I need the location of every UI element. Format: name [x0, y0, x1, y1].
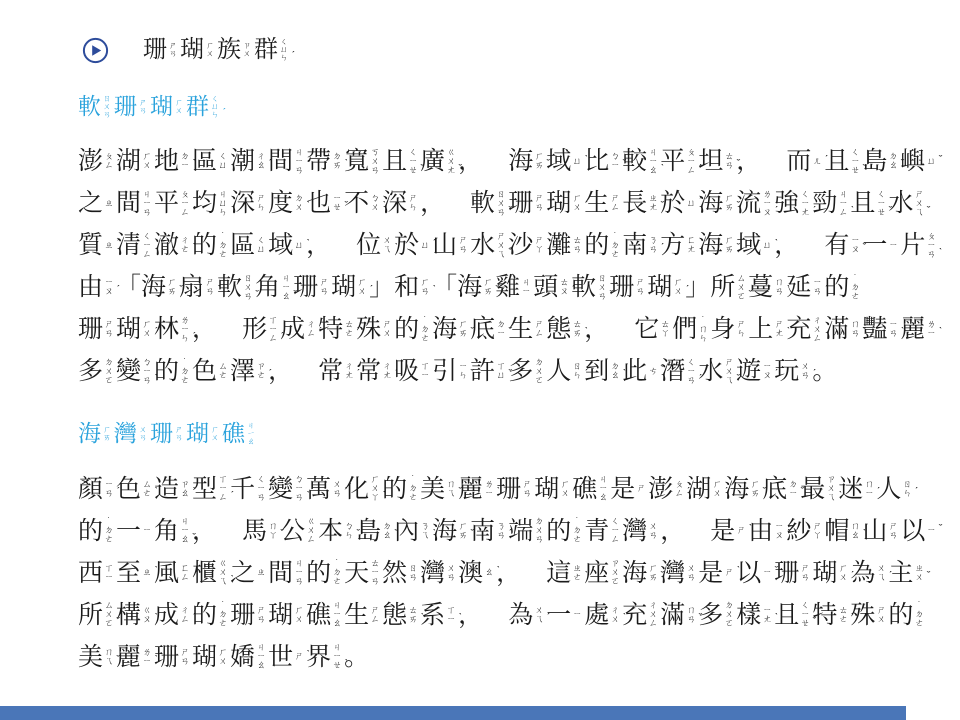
punctuation: [217, 516, 242, 546]
zhuyin-annotation: ㄕˋ: [724, 568, 734, 577]
zhuyin-annotation: ㄏㄞˇ: [102, 426, 112, 442]
char-with-zhuyin: 深ㄕㄣ: [382, 188, 418, 218]
char-with-zhuyin: 許ㄒㄩˇ: [470, 356, 506, 386]
char-with-zhuyin: 海ㄏㄞˇ: [698, 188, 734, 218]
char-with-zhuyin: 南ㄋㄢˊ: [622, 230, 658, 260]
char-with-zhuyin: 風ㄈㄥ: [154, 558, 190, 588]
char-with-zhuyin: 態ㄊㄞˋ: [382, 600, 418, 630]
zhuyin-annotation: ㄑㄧㄥ: [142, 232, 152, 259]
char-with-zhuyin: 的˙ㄉㄜ: [584, 230, 620, 260]
text-line: 的˙ㄉㄜ一ㄧ角ㄐㄧㄠˇ， 馬ㄇㄚˇ公ㄍㄨㄥ本ㄅㄣˇ島ㄉㄠˇ內ㄋㄟˋ海ㄏㄞˇ南ㄋㄢ…: [78, 510, 960, 552]
char-with-zhuyin: 且ㄑㄧㄝˇ: [774, 600, 810, 630]
zhuyin-annotation: ㄏㄞˇ: [724, 194, 734, 212]
zhuyin-annotation: ㄖㄨㄢˇ: [597, 274, 607, 301]
zhuyin-annotation: ㄕㄢ: [458, 236, 468, 254]
char-with-zhuyin: 它ㄊㄚ: [634, 314, 670, 344]
char-with-zhuyin: 之ㄓ: [230, 558, 266, 588]
punctuation: [483, 600, 508, 630]
char-with-zhuyin: 此ㄘˇ: [622, 356, 658, 386]
zhuyin-annotation: ㄒㄧㄥˊ: [268, 316, 278, 343]
char-with-zhuyin: 灣ㄨㄢ: [114, 420, 148, 448]
char-with-zhuyin: 色ㄙㄜˋ: [116, 474, 152, 504]
char-with-zhuyin: 澈ㄔㄜˋ: [154, 230, 190, 260]
zhuyin-annotation: ㄗㄨˊ: [242, 42, 252, 58]
punctuation: [293, 356, 318, 386]
zhuyin-annotation: ㄑㄧㄢ: [256, 475, 266, 502]
char-with-zhuyin: 均ㄐㄩㄣ: [192, 188, 228, 218]
char-with-zhuyin: 瑚ㄏㄨˊ: [647, 272, 683, 302]
zhuyin-annotation: ㄊㄢ: [572, 236, 582, 254]
zhuyin-annotation: ㄉㄨㄛ: [724, 601, 734, 628]
char-with-zhuyin: 豔ㄧㄢˋ: [862, 314, 898, 344]
char-with-zhuyin: 南ㄋㄢˊ: [470, 516, 506, 546]
zhuyin-annotation: ㄕㄨㄟˇ: [724, 358, 734, 385]
zhuyin-annotation: ㄓㄨˇ: [914, 564, 924, 582]
char-with-zhuyin: 軟ㄖㄨㄢˇ: [78, 93, 112, 121]
char-with-zhuyin: 一ㄧ: [546, 600, 582, 630]
zhuyin-annotation: ㄕㄢˋ: [205, 278, 215, 296]
zhuyin-annotation: ㄧㄢˊ: [812, 278, 822, 296]
zhuyin-annotation: ㄧ: [888, 241, 898, 250]
text-line: 珊ㄕㄢ瑚ㄏㄨˊ林ㄌㄧㄣˊ， 形ㄒㄧㄥˊ成ㄔㄥˊ特ㄊㄜˋ殊ㄕㄨ的˙ㄉㄜ海ㄏㄞˇ底ㄉ…: [78, 308, 960, 350]
char-with-zhuyin: 充ㄔㄨㄥ: [786, 314, 822, 344]
char-with-zhuyin: 長ㄓㄤˇ: [622, 188, 658, 218]
zhuyin-annotation: ㄨㄟˋ: [382, 236, 392, 254]
zhuyin-annotation: ㄓ: [256, 568, 266, 577]
char-with-zhuyin: 特ㄊㄜˋ: [812, 600, 848, 630]
zhuyin-annotation: ㄧㄡˇ: [850, 236, 860, 254]
char-with-zhuyin: 主ㄓㄨˇ: [888, 558, 924, 588]
zhuyin-annotation: ˙ㄉㄜ: [850, 274, 860, 301]
zhuyin-annotation: ㄇㄟˇ: [446, 480, 456, 498]
char-with-zhuyin: 位ㄨㄟˋ: [356, 230, 392, 260]
char-with-zhuyin: 海ㄏㄞˇ: [622, 558, 658, 588]
zhuyin-annotation: ㄕㄥ: [610, 194, 620, 212]
zhuyin-annotation: ㄖㄨㄢˇ: [102, 95, 112, 119]
zhuyin-annotation: ㄕㄣ: [408, 194, 418, 212]
zhuyin-annotation: ㄉㄨˋ: [294, 194, 304, 212]
punctuation: ，: [660, 516, 685, 546]
zhuyin-annotation: ˙ㄉㄜ: [104, 517, 114, 544]
zhuyin-annotation: ㄈㄥ: [180, 564, 190, 582]
char-with-zhuyin: 蔓ㄇㄢˋ: [748, 272, 784, 302]
zhuyin-annotation: ㄌㄧˋ: [484, 480, 494, 498]
zhuyin-annotation: ㄉㄠˇ: [888, 152, 898, 170]
zhuyin-annotation: ㄗㄨㄛˋ: [610, 559, 620, 586]
zhuyin-annotation: ㄐㄩㄣ: [218, 190, 228, 217]
punctuation: ，: [420, 188, 445, 218]
char-with-zhuyin: 們˙ㄇㄣ: [672, 314, 708, 344]
char-with-zhuyin: 灣ㄨㄢ: [660, 558, 696, 588]
char-with-zhuyin: 灘ㄊㄢ: [546, 230, 582, 260]
zhuyin-annotation: ㄏㄞˇ: [458, 522, 468, 540]
char-with-zhuyin: 千ㄑㄧㄢ: [230, 474, 266, 504]
char-with-zhuyin: 灣ㄨㄢ: [420, 558, 456, 588]
zhuyin-annotation: ㄩˊ: [686, 199, 696, 208]
zhuyin-annotation: ㄏㄨˊ: [712, 480, 722, 498]
zhuyin-annotation: ㄉㄧˋ: [180, 152, 190, 170]
char-with-zhuyin: 澤ㄗㄜˊ: [230, 356, 266, 386]
text-line: 美ㄇㄟˇ麗ㄌㄧˋ珊ㄕㄢ瑚ㄏㄨˊ嬌ㄐㄧㄠ世ㄕˋ界ㄐㄧㄝˋ。: [78, 636, 960, 678]
zhuyin-annotation: ˙ㄉㄜ: [332, 559, 342, 586]
char-with-zhuyin: 山ㄕㄢ: [432, 230, 468, 260]
zhuyin-annotation: ㄨㄢ: [648, 522, 658, 540]
zhuyin-annotation: ㄆㄥˊ: [104, 152, 114, 170]
char-with-zhuyin: 角ㄐㄧㄠˇ: [154, 516, 190, 546]
char-with-zhuyin: 珊ㄕㄢ: [774, 558, 810, 588]
zhuyin-annotation: ㄅㄣˇ: [344, 522, 354, 540]
zhuyin-annotation: ㄌㄧㄣˊ: [180, 316, 190, 343]
char-with-zhuyin: 紗ㄕㄚ: [786, 516, 822, 546]
zhuyin-annotation: ㄕㄨㄟˇ: [914, 190, 924, 217]
char-with-zhuyin: 成ㄔㄥˊ: [154, 600, 190, 630]
char-with-zhuyin: 潮ㄔㄠˊ: [230, 146, 266, 176]
zhuyin-annotation: ㄔㄠˊ: [256, 152, 266, 170]
zhuyin-annotation: ㄆㄧㄥˊ: [180, 190, 190, 217]
zhuyin-annotation: ㄒㄧ: [104, 564, 114, 582]
zhuyin-annotation: ㄑㄧㄝˇ: [408, 148, 418, 175]
char-with-zhuyin: 珊ㄕㄢ: [609, 272, 645, 302]
section-heading-bay-coral-reef: 海ㄏㄞˇ灣ㄨㄢ珊ㄕㄢ瑚ㄏㄨˊ礁ㄐㄧㄠ: [78, 420, 960, 448]
zhuyin-annotation: ˙ㄉㄜ: [572, 517, 582, 544]
char-with-zhuyin: 座ㄗㄨㄛˋ: [584, 558, 620, 588]
char-with-zhuyin: 本ㄅㄣˇ: [318, 516, 354, 546]
zhuyin-annotation: ㄦˊ: [812, 157, 822, 166]
title-row: 珊ㄕㄢ瑚ㄏㄨˊ族ㄗㄨˊ群ㄑㄩㄣˊ: [0, 0, 960, 65]
zhuyin-annotation: ㄩˋ: [762, 241, 772, 250]
zhuyin-annotation: ㄑㄧㄢˊ: [686, 358, 696, 385]
char-with-zhuyin: 迷ㄇㄧˊ: [838, 474, 874, 504]
char-with-zhuyin: 常ㄔㄤˊ: [356, 356, 392, 386]
zhuyin-annotation: ㄊㄜˋ: [344, 320, 354, 338]
zhuyin-annotation: ㄙㄨㄛˇ: [736, 274, 746, 301]
zhuyin-annotation: ㄕㄢ: [256, 606, 266, 624]
zhuyin-annotation: ㄔㄜˋ: [180, 236, 190, 254]
char-with-zhuyin: 化ㄏㄨㄚˋ: [344, 474, 380, 504]
char-with-zhuyin: 界ㄐㄧㄝˋ: [306, 642, 342, 672]
zhuyin-annotation: ㄊㄞˋ: [408, 606, 418, 624]
zhuyin-annotation: ㄇㄢˇ: [686, 606, 696, 624]
zhuyin-annotation: ㄑㄩ: [256, 236, 266, 254]
zhuyin-annotation: ㄆㄧㄥˊ: [686, 148, 696, 175]
char-with-zhuyin: 平ㄆㄧㄥˊ: [154, 188, 190, 218]
char-with-zhuyin: 沙ㄕㄚ: [508, 230, 544, 260]
zhuyin-annotation: ㄉㄧˇ: [788, 480, 798, 498]
char-with-zhuyin: 海ㄏㄞˇ: [457, 272, 493, 302]
char-with-zhuyin: 且ㄑㄧㄝˇ: [850, 188, 886, 218]
char-with-zhuyin: 間ㄐㄧㄢ: [268, 558, 304, 588]
char-with-zhuyin: 較ㄐㄧㄠˋ: [622, 146, 658, 176]
char-with-zhuyin: 海ㄏㄞˇ: [508, 146, 544, 176]
zhuyin-annotation: ㄔㄥˊ: [180, 606, 190, 624]
char-with-zhuyin: 域ㄩˋ: [268, 230, 304, 260]
char-with-zhuyin: 清ㄑㄧㄥ: [116, 230, 152, 260]
char-with-zhuyin: 以ㄧˇ: [900, 516, 936, 546]
zhuyin-annotation: ㄗㄨㄟˋ: [826, 475, 836, 502]
char-with-zhuyin: 萬ㄨㄢˋ: [306, 474, 342, 504]
zhuyin-annotation: ㄕㄥ: [370, 606, 380, 624]
char-with-zhuyin: 多ㄉㄨㄛ: [78, 356, 114, 386]
char-with-zhuyin: 多ㄉㄨㄛ: [698, 600, 734, 630]
text-line: 多ㄉㄨㄛ變ㄅㄧㄢˋ的˙ㄉㄜ色ㄙㄜˋ澤ㄗㄜˊ， 常ㄔㄤˊ常ㄔㄤˊ吸ㄒㄧ引ㄧㄣˇ許ㄒ…: [78, 350, 960, 392]
char-with-zhuyin: 珊ㄕㄢ: [508, 188, 544, 218]
char-with-zhuyin: 軟ㄖㄨㄢˇ: [217, 272, 253, 302]
char-with-zhuyin: 至ㄓˋ: [116, 558, 152, 588]
char-with-zhuyin: 多ㄉㄨㄛ: [508, 356, 544, 386]
zhuyin-annotation: ㄕㄥ: [534, 320, 544, 338]
zhuyin-annotation: ㄉㄨㄛ: [534, 358, 544, 385]
char-with-zhuyin: 海ㄏㄞˇ: [78, 420, 112, 448]
char-with-zhuyin: 瑚ㄏㄨˊ: [150, 93, 184, 121]
char-with-zhuyin: 的˙ㄉㄜ: [888, 600, 924, 630]
play-icon[interactable]: [82, 37, 109, 64]
document-page: 珊ㄕㄢ瑚ㄏㄨˊ族ㄗㄨˊ群ㄑㄩㄣˊ 軟ㄖㄨㄢˇ珊ㄕㄢ瑚ㄏㄨˊ群ㄑㄩㄣˊ 澎ㄆㄥˊ湖…: [0, 0, 960, 678]
char-with-zhuyin: 天ㄊㄧㄢ: [344, 558, 380, 588]
zhuyin-annotation: ㄒㄧㄥˊ: [218, 475, 228, 502]
char-with-zhuyin: 區ㄑㄩ: [192, 146, 228, 176]
char-with-zhuyin: 以ㄧˇ: [736, 558, 772, 588]
zhuyin-annotation: ㄕㄨ: [876, 606, 886, 624]
char-with-zhuyin: 常ㄔㄤˊ: [318, 356, 354, 386]
zhuyin-annotation: ㄔㄥˊ: [306, 320, 316, 338]
zhuyin-annotation: ㄐㄧㄠ: [246, 422, 256, 446]
char-with-zhuyin: 世ㄕˋ: [268, 642, 304, 672]
zhuyin-annotation: ㄖㄨㄢˇ: [243, 274, 253, 301]
char-with-zhuyin: 型ㄒㄧㄥˊ: [192, 474, 228, 504]
zhuyin-annotation: ㄏㄨˊ: [673, 278, 683, 296]
zhuyin-annotation: ㄕㄢ: [138, 99, 148, 115]
char-with-zhuyin: 的˙ㄉㄜ: [824, 272, 860, 302]
char-with-zhuyin: 群ㄑㄩㄣˊ: [186, 93, 220, 121]
char-with-zhuyin: 海ㄏㄞˇ: [432, 516, 468, 546]
char-with-zhuyin: 海ㄏㄞˇ: [432, 314, 468, 344]
zhuyin-annotation: ㄓㄜˋ: [572, 564, 582, 582]
char-with-zhuyin: 地ㄉㄧˋ: [154, 146, 190, 176]
zhuyin-annotation: ㄧㄡˊ: [762, 362, 772, 380]
zhuyin-annotation: ㄇㄠˋ: [850, 522, 860, 540]
char-with-zhuyin: 一ㄧ: [116, 516, 152, 546]
paragraph-bay-coral-reef: 顏ㄧㄢˊ色ㄙㄜˋ造ㄗㄠˋ型ㄒㄧㄥˊ千ㄑㄧㄢ變ㄅㄧㄢˋ萬ㄨㄢˋ化ㄏㄨㄚˋ的˙ㄉㄜ美…: [78, 468, 960, 678]
char-with-zhuyin: 充ㄔㄨㄥ: [622, 600, 658, 630]
char-with-zhuyin: 形ㄒㄧㄥˊ: [242, 314, 278, 344]
char-with-zhuyin: 變ㄅㄧㄢˋ: [268, 474, 304, 504]
char-with-zhuyin: 瑚ㄏㄨˊ: [268, 600, 304, 630]
char-with-zhuyin: 底ㄉㄧˇ: [470, 314, 506, 344]
zhuyin-annotation: ㄍㄨㄟˋ: [218, 559, 228, 586]
char-with-zhuyin: 嶼ㄩˇ: [900, 146, 936, 176]
char-with-zhuyin: 質ㄓˊ: [78, 230, 114, 260]
zhuyin-annotation: ㄊㄚ: [660, 320, 670, 338]
char-with-zhuyin: 珊ㄕㄢ: [78, 314, 114, 344]
char-with-zhuyin: 的˙ㄉㄜ: [154, 356, 190, 386]
zhuyin-annotation: ㄏㄨˊ: [142, 320, 152, 338]
text-line: 質ㄓˊ清ㄑㄧㄥ澈ㄔㄜˋ的˙ㄉㄜ區ㄑㄩ域ㄩˋ， 位ㄨㄟˋ於ㄩˊ山ㄕㄢ水ㄕㄨㄟˇ沙ㄕ…: [78, 224, 960, 266]
zhuyin-annotation: ㄧㄤˋ: [762, 606, 772, 624]
zhuyin-annotation: ㄏㄨˊ: [560, 480, 570, 498]
char-with-zhuyin: 瑚ㄏㄨˊ: [116, 314, 152, 344]
zhuyin-annotation: ㄇㄟˇ: [104, 648, 114, 666]
char-with-zhuyin: 族ㄗㄨˊ: [217, 36, 252, 65]
char-with-zhuyin: 為ㄨㄟˊ: [508, 600, 544, 630]
zhuyin-annotation: ㄇㄚˇ: [268, 522, 278, 540]
zhuyin-annotation: ㄔㄤˊ: [344, 362, 354, 380]
char-with-zhuyin: 端ㄉㄨㄢ: [508, 516, 544, 546]
zhuyin-annotation: ㄓ: [104, 199, 114, 208]
char-with-zhuyin: 人ㄖㄣˊ: [876, 474, 912, 504]
char-with-zhuyin: 是ㄕˋ: [610, 474, 646, 504]
zhuyin-annotation: ㄏㄢˋ: [420, 278, 430, 296]
zhuyin-annotation: ㄑㄧㄝˇ: [876, 190, 886, 217]
char-with-zhuyin: 青ㄑㄧㄥ: [584, 516, 620, 546]
char-with-zhuyin: 珊ㄕㄢ: [230, 600, 266, 630]
char-with-zhuyin: 也ㄧㄝˇ: [306, 188, 342, 218]
char-with-zhuyin: 且ㄑㄧㄝˇ: [824, 146, 860, 176]
char-with-zhuyin: 顏ㄧㄢˊ: [78, 474, 114, 504]
zhuyin-annotation: ㄔㄤˊ: [382, 362, 392, 380]
char-with-zhuyin: 度ㄉㄨˋ: [268, 188, 304, 218]
zhuyin-annotation: ㄧˇ: [762, 568, 772, 577]
zhuyin-annotation: ㄩˋ: [294, 241, 304, 250]
zhuyin-annotation: ㄨㄢ: [446, 564, 456, 582]
zhuyin-annotation: ㄧㄣˇ: [458, 362, 468, 380]
zhuyin-annotation: ㄏㄨˊ: [838, 564, 848, 582]
zhuyin-annotation: ㄉㄞˋ: [332, 152, 342, 170]
char-with-zhuyin: 珊ㄕㄢ: [150, 420, 184, 448]
char-with-zhuyin: 的˙ㄉㄜ: [192, 600, 228, 630]
text-line: 西ㄒㄧ至ㄓˋ風ㄈㄥ櫃ㄍㄨㄟˋ之ㄓ間ㄐㄧㄢ的˙ㄉㄜ天ㄊㄧㄢ然ㄖㄢˊ灣ㄨㄢ澳ㄠˋ， …: [78, 552, 960, 594]
char-with-zhuyin: 生ㄕㄥ: [508, 314, 544, 344]
zhuyin-annotation: ㄧ: [142, 526, 152, 535]
zhuyin-annotation: ㄐㄧㄠˇ: [281, 274, 291, 301]
char-with-zhuyin: 不ㄅㄨˋ: [344, 188, 380, 218]
zhuyin-annotation: ㄉㄨㄛ: [104, 358, 114, 385]
char-with-zhuyin: 所ㄙㄨㄛˇ: [710, 272, 746, 302]
char-with-zhuyin: 殊ㄕㄨ: [356, 314, 392, 344]
zhuyin-annotation: ㄏㄨˊ: [572, 194, 582, 212]
page-title: 珊ㄕㄢ瑚ㄏㄨˊ族ㄗㄨˊ群ㄑㄩㄣˊ: [143, 36, 291, 65]
zhuyin-annotation: ㄔㄨˋ: [610, 606, 620, 624]
zhuyin-annotation: ㄨㄢ: [138, 426, 148, 442]
zhuyin-annotation: ㄐㄧㄠˋ: [648, 148, 658, 175]
zhuyin-annotation: ㄐㄧㄢ: [294, 559, 304, 586]
char-with-zhuyin: 人ㄖㄣˊ: [546, 356, 582, 386]
zhuyin-annotation: ㄓㄤˇ: [648, 194, 658, 212]
char-with-zhuyin: 坦ㄊㄢˇ: [698, 146, 734, 176]
zhuyin-annotation: ˙ㄇㄣ: [698, 316, 708, 343]
zhuyin-annotation: ㄑㄩㄣˊ: [279, 38, 289, 62]
zhuyin-annotation: ㄕㄣ: [256, 194, 266, 212]
char-with-zhuyin: 遊ㄧㄡˊ: [736, 356, 772, 386]
zhuyin-annotation: ㄐㄧㄠ: [332, 601, 342, 628]
punctuation: [799, 230, 824, 260]
char-with-zhuyin: 的˙ㄉㄜ: [382, 474, 418, 504]
char-with-zhuyin: 這ㄓㄜˋ: [546, 558, 582, 588]
zhuyin-annotation: ㄑㄩㄣˊ: [210, 95, 220, 119]
char-with-zhuyin: 礁ㄐㄧㄠ: [222, 420, 256, 448]
zhuyin-annotation: ㄒㄧ: [420, 362, 430, 380]
char-with-zhuyin: 間ㄐㄧㄢ: [116, 188, 152, 218]
char-with-zhuyin: 滿ㄇㄢˇ: [660, 600, 696, 630]
zhuyin-annotation: ㄨㄟˊ: [876, 564, 886, 582]
zhuyin-annotation: ㄔㄨㄥ: [812, 316, 822, 343]
zhuyin-annotation: ㄉㄨㄢ: [534, 517, 544, 544]
zhuyin-annotation: ㄐㄧㄢ: [294, 148, 304, 175]
char-with-zhuyin: 角ㄐㄧㄠˇ: [255, 272, 291, 302]
char-with-zhuyin: 海ㄏㄞˇ: [724, 474, 760, 504]
zhuyin-annotation: ㄑㄩ: [218, 152, 228, 170]
zhuyin-annotation: ㄗㄜˊ: [256, 362, 266, 380]
zhuyin-annotation: ㄕㄢ: [534, 194, 544, 212]
zhuyin-annotation: ㄩˋ: [572, 157, 582, 166]
char-with-zhuyin: 的˙ㄉㄜ: [546, 516, 582, 546]
punctuation: [483, 146, 508, 176]
zhuyin-annotation: ㄕˋ: [294, 652, 304, 661]
char-with-zhuyin: 一ㄧ: [862, 230, 898, 260]
zhuyin-annotation: ㄆㄧㄢˋ: [926, 232, 936, 259]
zhuyin-annotation: ㄕㄚ: [812, 522, 822, 540]
char-with-zhuyin: 帶ㄉㄞˋ: [306, 146, 342, 176]
zhuyin-annotation: ˙ㄉㄜ: [180, 358, 190, 385]
char-with-zhuyin: 灣ㄨㄢ: [622, 516, 658, 546]
zhuyin-annotation: ㄏㄞˇ: [458, 320, 468, 338]
zhuyin-annotation: ㄊㄧㄢ: [370, 559, 380, 586]
char-with-zhuyin: 山ㄕㄢ: [862, 516, 898, 546]
char-with-zhuyin: 潛ㄑㄧㄢˊ: [660, 356, 696, 386]
zhuyin-annotation: ㄖㄨㄢˇ: [496, 190, 506, 217]
zhuyin-annotation: ㄐㄧㄠ: [256, 643, 266, 670]
char-with-zhuyin: 滿ㄇㄢˇ: [824, 314, 860, 344]
zhuyin-annotation: ㄖㄣˊ: [572, 362, 582, 380]
char-with-zhuyin: 方ㄈㄤ: [660, 230, 696, 260]
zhuyin-annotation: ㄕㄢ: [800, 564, 810, 582]
zhuyin-annotation: ㄕㄢ: [168, 42, 178, 58]
zhuyin-annotation: ㄕㄤˋ: [774, 320, 784, 338]
char-with-zhuyin: 澎ㄆㄥˊ: [648, 474, 684, 504]
zhuyin-annotation: ㄓˋ: [142, 568, 152, 577]
zhuyin-annotation: ㄒㄩˇ: [496, 362, 506, 380]
zhuyin-annotation: ㄅㄧㄢˋ: [294, 475, 304, 502]
char-with-zhuyin: 所ㄙㄨㄛˇ: [78, 600, 114, 630]
char-with-zhuyin: 引ㄧㄣˇ: [432, 356, 468, 386]
zhuyin-annotation: ㄧ: [572, 610, 582, 619]
zhuyin-annotation: ㄅㄨˋ: [370, 194, 380, 212]
zhuyin-annotation: ㄕㄣ: [736, 320, 746, 338]
zhuyin-annotation: ㄏㄞˇ: [724, 236, 734, 254]
zhuyin-annotation: ˙ㄉㄜ: [914, 601, 924, 628]
section-heading-soft-coral: 軟ㄖㄨㄢˇ珊ㄕㄢ瑚ㄏㄨˊ群ㄑㄩㄣˊ: [78, 93, 960, 121]
char-with-zhuyin: 比ㄅㄧˇ: [584, 146, 620, 176]
char-with-zhuyin: 珊ㄕㄢ: [143, 36, 178, 65]
zhuyin-annotation: ㄅㄧˇ: [610, 152, 620, 170]
char-with-zhuyin: 處ㄔㄨˋ: [584, 600, 620, 630]
char-with-zhuyin: 且ㄑㄧㄝˇ: [382, 146, 418, 176]
char-with-zhuyin: 深ㄕㄣ: [230, 188, 266, 218]
zhuyin-annotation: ㄧㄝˇ: [332, 194, 342, 212]
char-with-zhuyin: 水ㄕㄨㄟˇ: [888, 188, 924, 218]
char-with-zhuyin: 間ㄐㄧㄢ: [268, 146, 304, 176]
zhuyin-annotation: ㄕㄢ: [888, 522, 898, 540]
zhuyin-annotation: ㄕㄢ: [635, 278, 645, 296]
char-with-zhuyin: 流ㄌㄧㄡˊ: [736, 188, 772, 218]
zhuyin-annotation: ㄕˋ: [636, 484, 646, 493]
char-with-zhuyin: 殊ㄕㄨ: [850, 600, 886, 630]
char-with-zhuyin: 櫃ㄍㄨㄟˋ: [192, 558, 228, 588]
char-with-zhuyin: 身ㄕㄣ: [710, 314, 746, 344]
zhuyin-annotation: ㄕㄨ: [382, 320, 392, 338]
char-with-zhuyin: 島ㄉㄠˇ: [862, 146, 898, 176]
char-with-zhuyin: 林ㄌㄧㄣˊ: [154, 314, 190, 344]
char-with-zhuyin: 然ㄖㄢˊ: [382, 558, 418, 588]
